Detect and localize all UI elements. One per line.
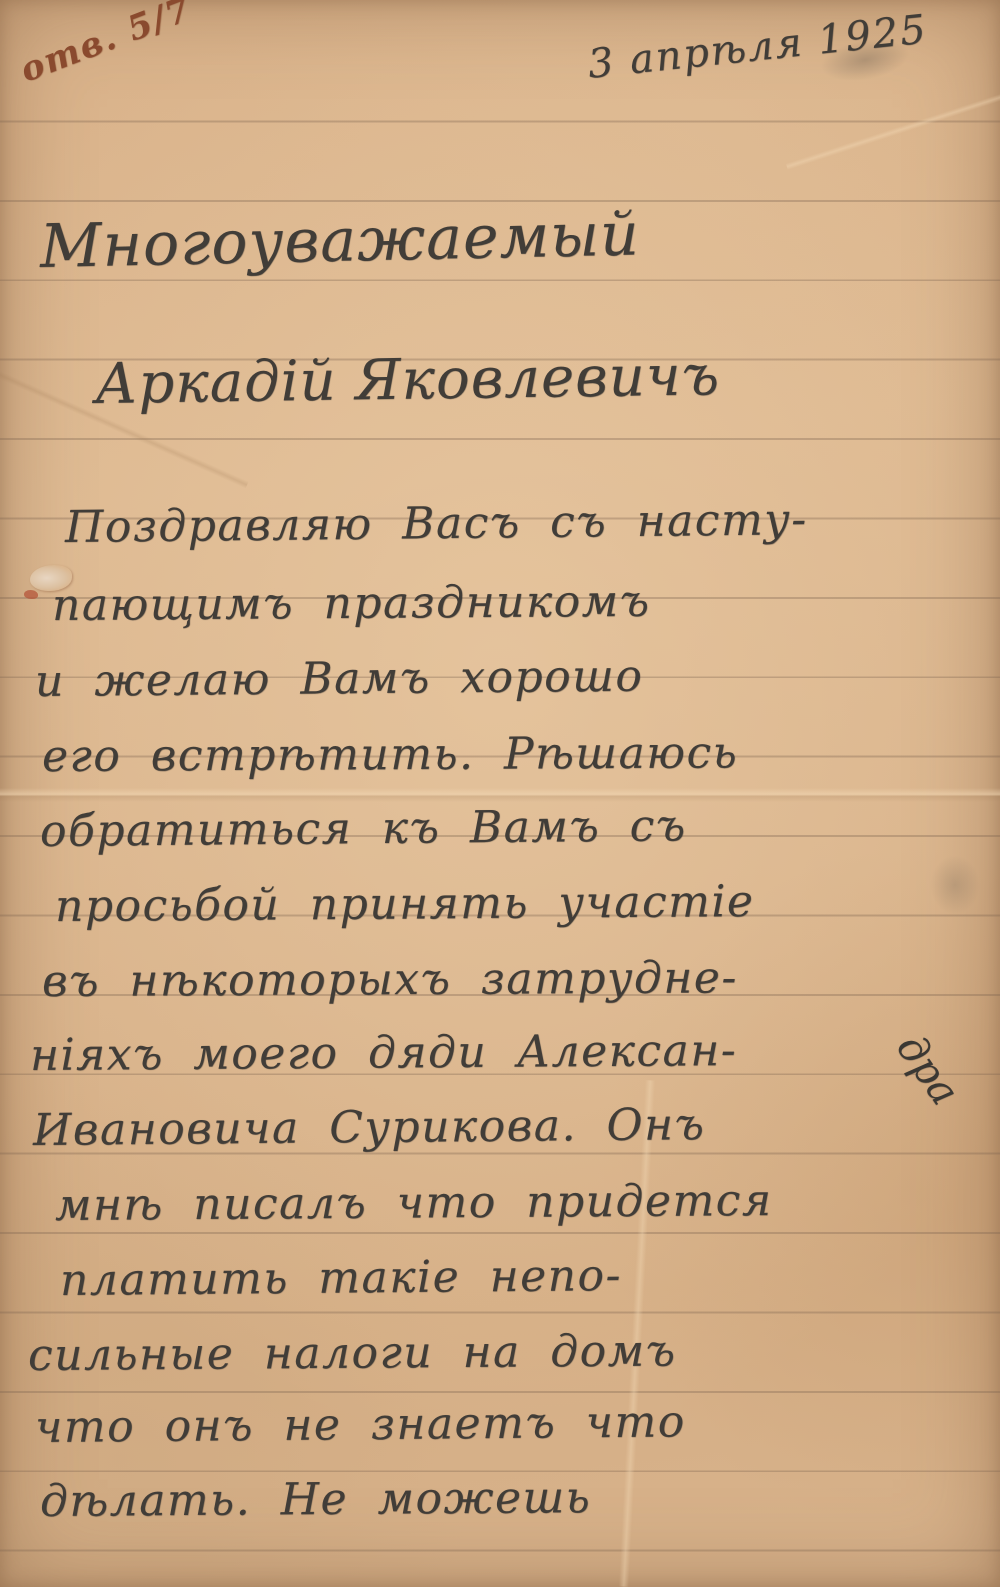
body-text-line: дѣлать. Не можешь [40, 1472, 592, 1527]
body-text-line: что онъ не знаетъ что [35, 1396, 686, 1453]
body-text-line: пающимъ праздникомъ [52, 576, 651, 631]
salutation-line: Многоуважаемый [39, 199, 640, 282]
body-text-line: Поздравляю Васъ съ насту- [65, 494, 808, 553]
body-text-line: просьбой принять участіе [55, 876, 755, 932]
body-text-line: платить такіе непо- [60, 1250, 622, 1306]
body-text-line: сильные налоги на домъ [28, 1325, 677, 1381]
diagonal-crease [786, 77, 1000, 170]
body-text-line: ніяхъ моего дяди Алексан- [30, 1025, 737, 1081]
body-text-line: мнѣ писалъ что придется [55, 1175, 773, 1231]
addressee-name: Аркадій Яковлевичъ [95, 343, 721, 417]
archival-annotation: отв. 5/7 [15, 0, 198, 91]
body-text-line: обратиться къ Вамъ съ [40, 800, 687, 857]
body-text-line: Ивановича Сурикова. Онъ [33, 1099, 706, 1156]
ink-smudge [930, 855, 980, 915]
horizontal-crease [0, 788, 1000, 802]
paper-damage-spot [24, 590, 38, 599]
hyphenated-overflow-word: дра [887, 1026, 968, 1114]
body-text-line: и желаю Вамъ хорошо [35, 651, 644, 707]
body-text-line: его встрѣтить. Рѣшаюсь [42, 727, 738, 782]
body-text-line: въ нѣкоторыхъ затрудне- [42, 952, 738, 1007]
letter-page: отв. 5/7 3 апрѣля 1925 Многоуважаемый Ар… [0, 0, 1000, 1587]
